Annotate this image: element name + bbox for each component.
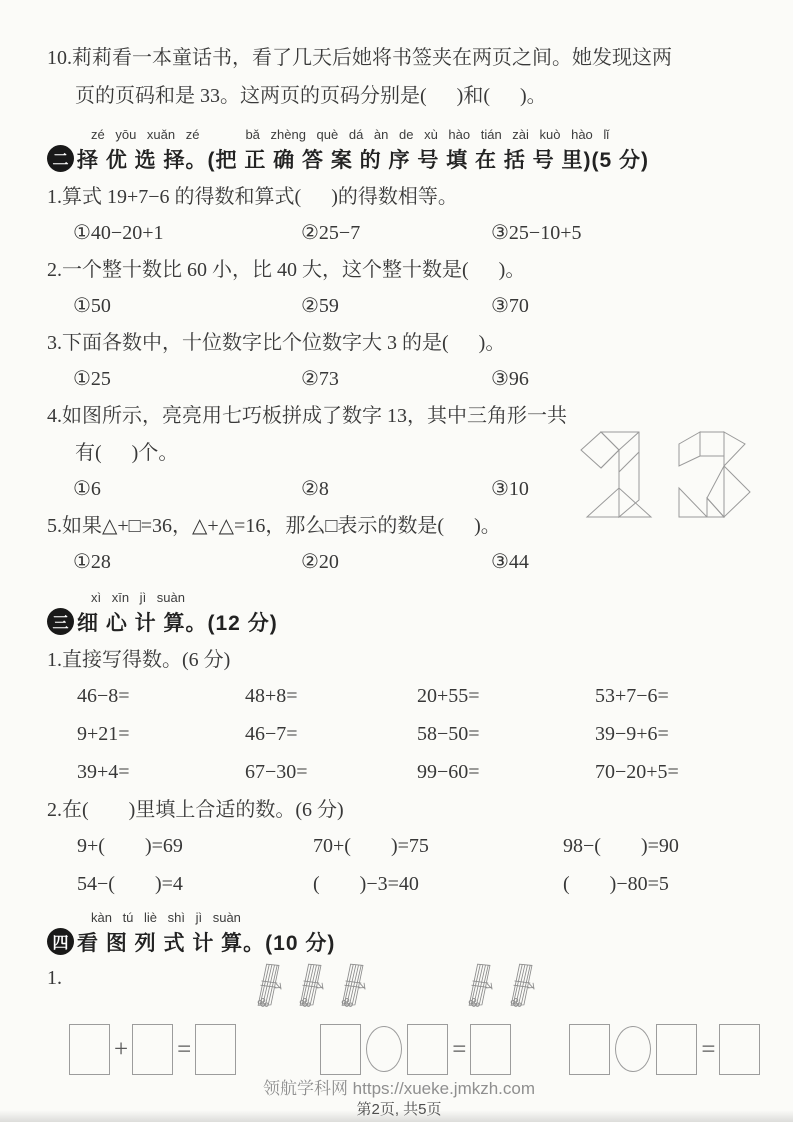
- option-a: ①6: [73, 477, 301, 502]
- option-c: ③25−10+5: [491, 221, 751, 246]
- stick-bundle-icon: [334, 958, 369, 1014]
- question-10-line1: 10.莉莉看一本童话书，看了几天后她将书签夹在两页之间。她发现这两: [47, 46, 751, 71]
- equals-sign: =: [177, 1024, 191, 1075]
- answer-box: [719, 1024, 760, 1075]
- calc-expression: 39−9+6=: [595, 722, 751, 747]
- section-diagram-header: 四 看 图 列 式 计 算。(10 分): [47, 927, 751, 956]
- fill-expression: ( )−3=40: [313, 872, 563, 897]
- calc-expression: 39+4=: [77, 760, 245, 785]
- section-calc-pinyin-row: xì xīn jì suàn: [47, 590, 751, 606]
- calc-expression: 46−8=: [77, 684, 245, 709]
- calc-expression: 70−20+5=: [595, 760, 751, 785]
- section-choice-pinyin-row: zé yōu xuǎn zé bǎ zhèng què dá àn de xù …: [47, 127, 751, 143]
- item-number: 1.: [47, 966, 62, 991]
- calc-expression: 48+8=: [245, 684, 417, 709]
- choice-question-2: 2.一个整十数比 60 小，比 40 大，这个整十数是( )。: [47, 258, 751, 283]
- equation-group-3: =: [569, 1024, 760, 1075]
- section-choice-header: 二 择 优 选 择。(把 正 确 答 案 的 序 号 填 在 括 号 里)(5 …: [47, 144, 751, 173]
- footer-site-watermark: 领航学科网 https://xueke.jmkzh.com: [47, 1079, 751, 1099]
- calc-expression: 99−60=: [417, 760, 595, 785]
- option-b: ②25−7: [301, 221, 491, 246]
- calc-sub2-label: 2.在( )里填上合适的数。(6 分): [47, 798, 751, 823]
- option-c: ③44: [491, 550, 751, 575]
- tangram-13-figure-icon: [567, 420, 757, 528]
- choice-question-3: 3.下面各数中，十位数字比个位数字大 3 的是( )。: [47, 331, 751, 356]
- section-diagram-title: 看 图 列 式 计 算。(10 分): [77, 927, 335, 957]
- choice-question-1: 1.算式 19+7−6 的得数和算式( )的得数相等。: [47, 185, 751, 210]
- calc-sub1-label: 1.直接写得数。(6 分): [47, 648, 751, 673]
- equation-group-1: + =: [69, 1024, 236, 1075]
- scan-shadow: [0, 1110, 793, 1122]
- fill-row: 9+( )=69 70+( )=75 98−( )=90: [47, 834, 751, 859]
- calc-expression: 58−50=: [417, 722, 595, 747]
- section-calc-title: 细 心 计 算。(12 分): [77, 607, 278, 637]
- option-c: ③96: [491, 367, 751, 392]
- calc-row: 9+21= 46−7= 58−50= 39−9+6=: [47, 722, 751, 747]
- answer-box: [470, 1024, 511, 1075]
- answer-box: [132, 1024, 173, 1075]
- pinyin-label: zé yōu xuǎn zé: [91, 127, 199, 143]
- pinyin-label: xì xīn jì suàn: [91, 590, 185, 606]
- fill-row: 54−( )=4 ( )−3=40 ( )−80=5: [47, 872, 751, 897]
- stick-bundle-group-left: [250, 958, 369, 1014]
- choice-options-5: ①28 ②20 ③44: [47, 550, 751, 575]
- equation-boxes-row: + = = =: [47, 1022, 751, 1076]
- calc-expression: 20+55=: [417, 684, 595, 709]
- section-three-badge-icon: 三: [47, 608, 74, 635]
- equals-sign: =: [452, 1024, 466, 1075]
- choice-options-1: ①40−20+1 ②25−7 ③25−10+5: [47, 221, 751, 246]
- stick-bundle-group-right: [461, 958, 538, 1014]
- option-a: ①50: [73, 294, 301, 319]
- choice-options-2: ①50 ②59 ③70: [47, 294, 751, 319]
- section-two-badge-icon: 二: [47, 145, 74, 172]
- stick-bundle-icon: [250, 958, 285, 1014]
- option-c: ③70: [491, 294, 751, 319]
- plus-sign: +: [114, 1024, 128, 1075]
- equation-group-2: =: [320, 1024, 511, 1075]
- calc-expression: 46−7=: [245, 722, 417, 747]
- fill-expression: 54−( )=4: [77, 872, 313, 897]
- stick-bundle-icon: [292, 958, 327, 1014]
- calc-expression: 67−30=: [245, 760, 417, 785]
- section-four-badge-icon: 四: [47, 928, 74, 955]
- option-b: ②73: [301, 367, 491, 392]
- pinyin-label: bǎ zhèng què dá àn de xù hào tián zài ku…: [245, 127, 609, 143]
- option-a: ①25: [73, 367, 301, 392]
- answer-box: [407, 1024, 448, 1075]
- option-a: ①40−20+1: [73, 221, 301, 246]
- calc-row: 46−8= 48+8= 20+55= 53+7−6=: [47, 684, 751, 709]
- pinyin-label: kàn tú liè shì jì suàn: [91, 910, 241, 926]
- answer-box: [656, 1024, 697, 1075]
- question-10-line2: 页的页码和是 33。这两页的页码分别是( )和( )。: [47, 84, 751, 109]
- calc-expression: 9+21=: [77, 722, 245, 747]
- equals-sign: =: [701, 1024, 715, 1075]
- choice-options-3: ①25 ②73 ③96: [47, 367, 751, 392]
- answer-box: [195, 1024, 236, 1075]
- fill-expression: 9+( )=69: [77, 834, 313, 859]
- worksheet-page: 10.莉莉看一本童话书，看了几天后她将书签夹在两页之间。她发现这两 页的页码和是…: [0, 0, 793, 1122]
- section-calc-header: 三 细 心 计 算。(12 分): [47, 607, 751, 636]
- section-choice-title: 择 优 选 择。(把 正 确 答 案 的 序 号 填 在 括 号 里)(5 分): [77, 144, 649, 174]
- calc-expression: 53+7−6=: [595, 684, 751, 709]
- fill-expression: ( )−80=5: [563, 872, 751, 897]
- stick-bundle-icon: [503, 958, 538, 1014]
- answer-box: [69, 1024, 110, 1075]
- stick-bundle-icon: [461, 958, 496, 1014]
- calc-row: 39+4= 67−30= 99−60= 70−20+5=: [47, 760, 751, 785]
- operator-circle: [615, 1026, 651, 1072]
- operator-circle: [366, 1026, 402, 1072]
- section-diagram-pinyin-row: kàn tú liè shì jì suàn: [47, 910, 751, 926]
- answer-box: [569, 1024, 610, 1075]
- stick-bundles-row: 1.: [47, 958, 751, 1016]
- fill-expression: 70+( )=75: [313, 834, 563, 859]
- answer-box: [320, 1024, 361, 1075]
- option-a: ①28: [73, 550, 301, 575]
- option-b: ②8: [301, 477, 491, 502]
- fill-expression: 98−( )=90: [563, 834, 751, 859]
- option-b: ②20: [301, 550, 491, 575]
- option-b: ②59: [301, 294, 491, 319]
